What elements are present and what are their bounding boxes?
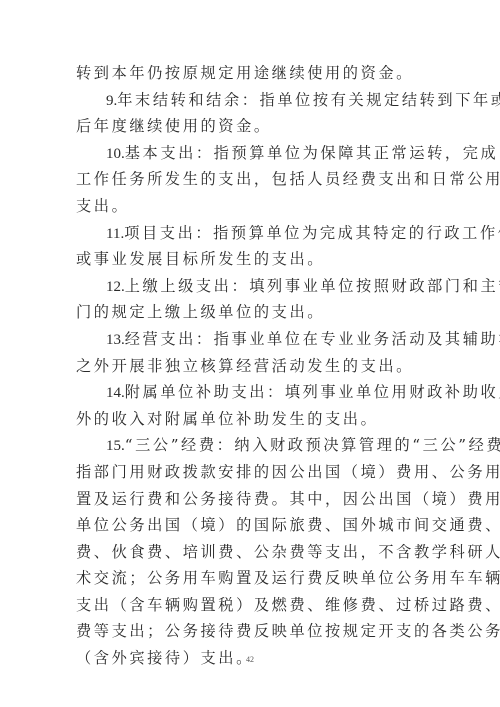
- line-text: 单位公务出国（境）的国际旅费、国外城市间交通费、住宿: [76, 516, 500, 534]
- text-line: 外的收入对附属单位补助发生的支出。: [76, 406, 426, 433]
- item-number: 10.: [106, 146, 125, 162]
- page-number: 42: [0, 655, 500, 664]
- text-line: 支出。: [76, 193, 426, 220]
- line-text: 置及运行费和公务接待费。其中，因公出国（境）费用反映: [76, 490, 500, 508]
- text-line: 12.上缴上级支出：填列事业单位按照财政部门和主管部: [76, 273, 426, 300]
- line-text: 支出（含车辆购置税）及燃费、维修费、过桥过路费、保险: [76, 596, 500, 614]
- document-body: 转到本年仍按原规定用途继续使用的资金。9.年末结转和结余：指单位按有关规定结转到…: [76, 60, 426, 672]
- text-line: 11.项目支出：指预算单位为完成其特定的行政工作任务: [76, 220, 426, 247]
- line-text: 工作任务所发生的支出，包括人员经费支出和日常公用经费: [76, 170, 500, 188]
- line-text: 指部门用财政拨款安排的因公出国（境）费用、公务用车购: [76, 463, 500, 481]
- line-text: 之外开展非独立核算经营活动发生的支出。: [76, 357, 414, 375]
- item-number: 11.: [106, 226, 124, 242]
- line-text: 上缴上级支出：填列事业单位按照财政部门和主管部: [125, 277, 500, 295]
- text-line: 之外开展非独立核算经营活动发生的支出。: [76, 353, 426, 380]
- line-text: 门的规定上缴上级单位的支出。: [76, 303, 325, 321]
- text-line: 14.附属单位补助支出：填列事业单位用财政补助收入之: [76, 379, 426, 406]
- line-text: 费、伙食费、培训费、公杂费等支出，不含教学科研人员学: [76, 543, 500, 561]
- text-line: 9.年末结转和结余：指单位按有关规定结转到下年或以: [76, 87, 426, 114]
- text-line: 13.经营支出：指事业单位在专业业务活动及其辅助活动: [76, 326, 426, 353]
- line-text: 转到本年仍按原规定用途继续使用的资金。: [76, 64, 414, 82]
- text-line: 支出（含车辆购置税）及燃费、维修费、过桥过路费、保险: [76, 592, 426, 619]
- text-line: 术交流；公务用车购置及运行费反映单位公务用车车辆购置: [76, 565, 426, 592]
- line-text: “三公”经费：纳入财政预决算管理的“三公”经费，是: [125, 436, 500, 454]
- line-text: 术交流；公务用车购置及运行费反映单位公务用车车辆购置: [76, 569, 500, 587]
- text-line: 门的规定上缴上级单位的支出。: [76, 299, 426, 326]
- line-text: 外的收入对附属单位补助发生的支出。: [76, 410, 378, 428]
- item-number: 12.: [106, 279, 125, 295]
- line-text: 后年度继续使用的资金。: [76, 117, 272, 135]
- line-text: 年末结转和结余：指单位按有关规定结转到下年或以: [117, 91, 500, 109]
- text-line: 转到本年仍按原规定用途继续使用的资金。: [76, 60, 426, 87]
- line-text: 支出。: [76, 197, 129, 215]
- line-text: 费等支出；公务接待费反映单位按规定开支的各类公务接待: [76, 622, 500, 640]
- text-line: 15.“三公”经费：纳入财政预决算管理的“三公”经费，是: [76, 432, 426, 459]
- text-line: 或事业发展目标所发生的支出。: [76, 246, 426, 273]
- line-text: 附属单位补助支出：填列事业单位用财政补助收入之: [125, 383, 500, 401]
- item-number: 14.: [106, 385, 125, 401]
- text-line: 置及运行费和公务接待费。其中，因公出国（境）费用反映: [76, 486, 426, 513]
- text-line: 单位公务出国（境）的国际旅费、国外城市间交通费、住宿: [76, 512, 426, 539]
- text-line: 10.基本支出：指预算单位为保障其正常运转，完成日常: [76, 140, 426, 167]
- item-number: 9.: [106, 93, 117, 109]
- line-text: 项目支出：指预算单位为完成其特定的行政工作任务: [124, 224, 500, 242]
- text-line: 费等支出；公务接待费反映单位按规定开支的各类公务接待: [76, 618, 426, 645]
- text-line: 指部门用财政拨款安排的因公出国（境）费用、公务用车购: [76, 459, 426, 486]
- item-number: 15.: [106, 438, 125, 454]
- text-line: 后年度继续使用的资金。: [76, 113, 426, 140]
- line-text: 或事业发展目标所发生的支出。: [76, 250, 325, 268]
- item-number: 13.: [106, 332, 125, 348]
- line-text: 基本支出：指预算单位为保障其正常运转，完成日常: [125, 144, 500, 162]
- line-text: 经营支出：指事业单位在专业业务活动及其辅助活动: [125, 330, 500, 348]
- text-line: 费、伙食费、培训费、公杂费等支出，不含教学科研人员学: [76, 539, 426, 566]
- text-line: 工作任务所发生的支出，包括人员经费支出和日常公用经费: [76, 166, 426, 193]
